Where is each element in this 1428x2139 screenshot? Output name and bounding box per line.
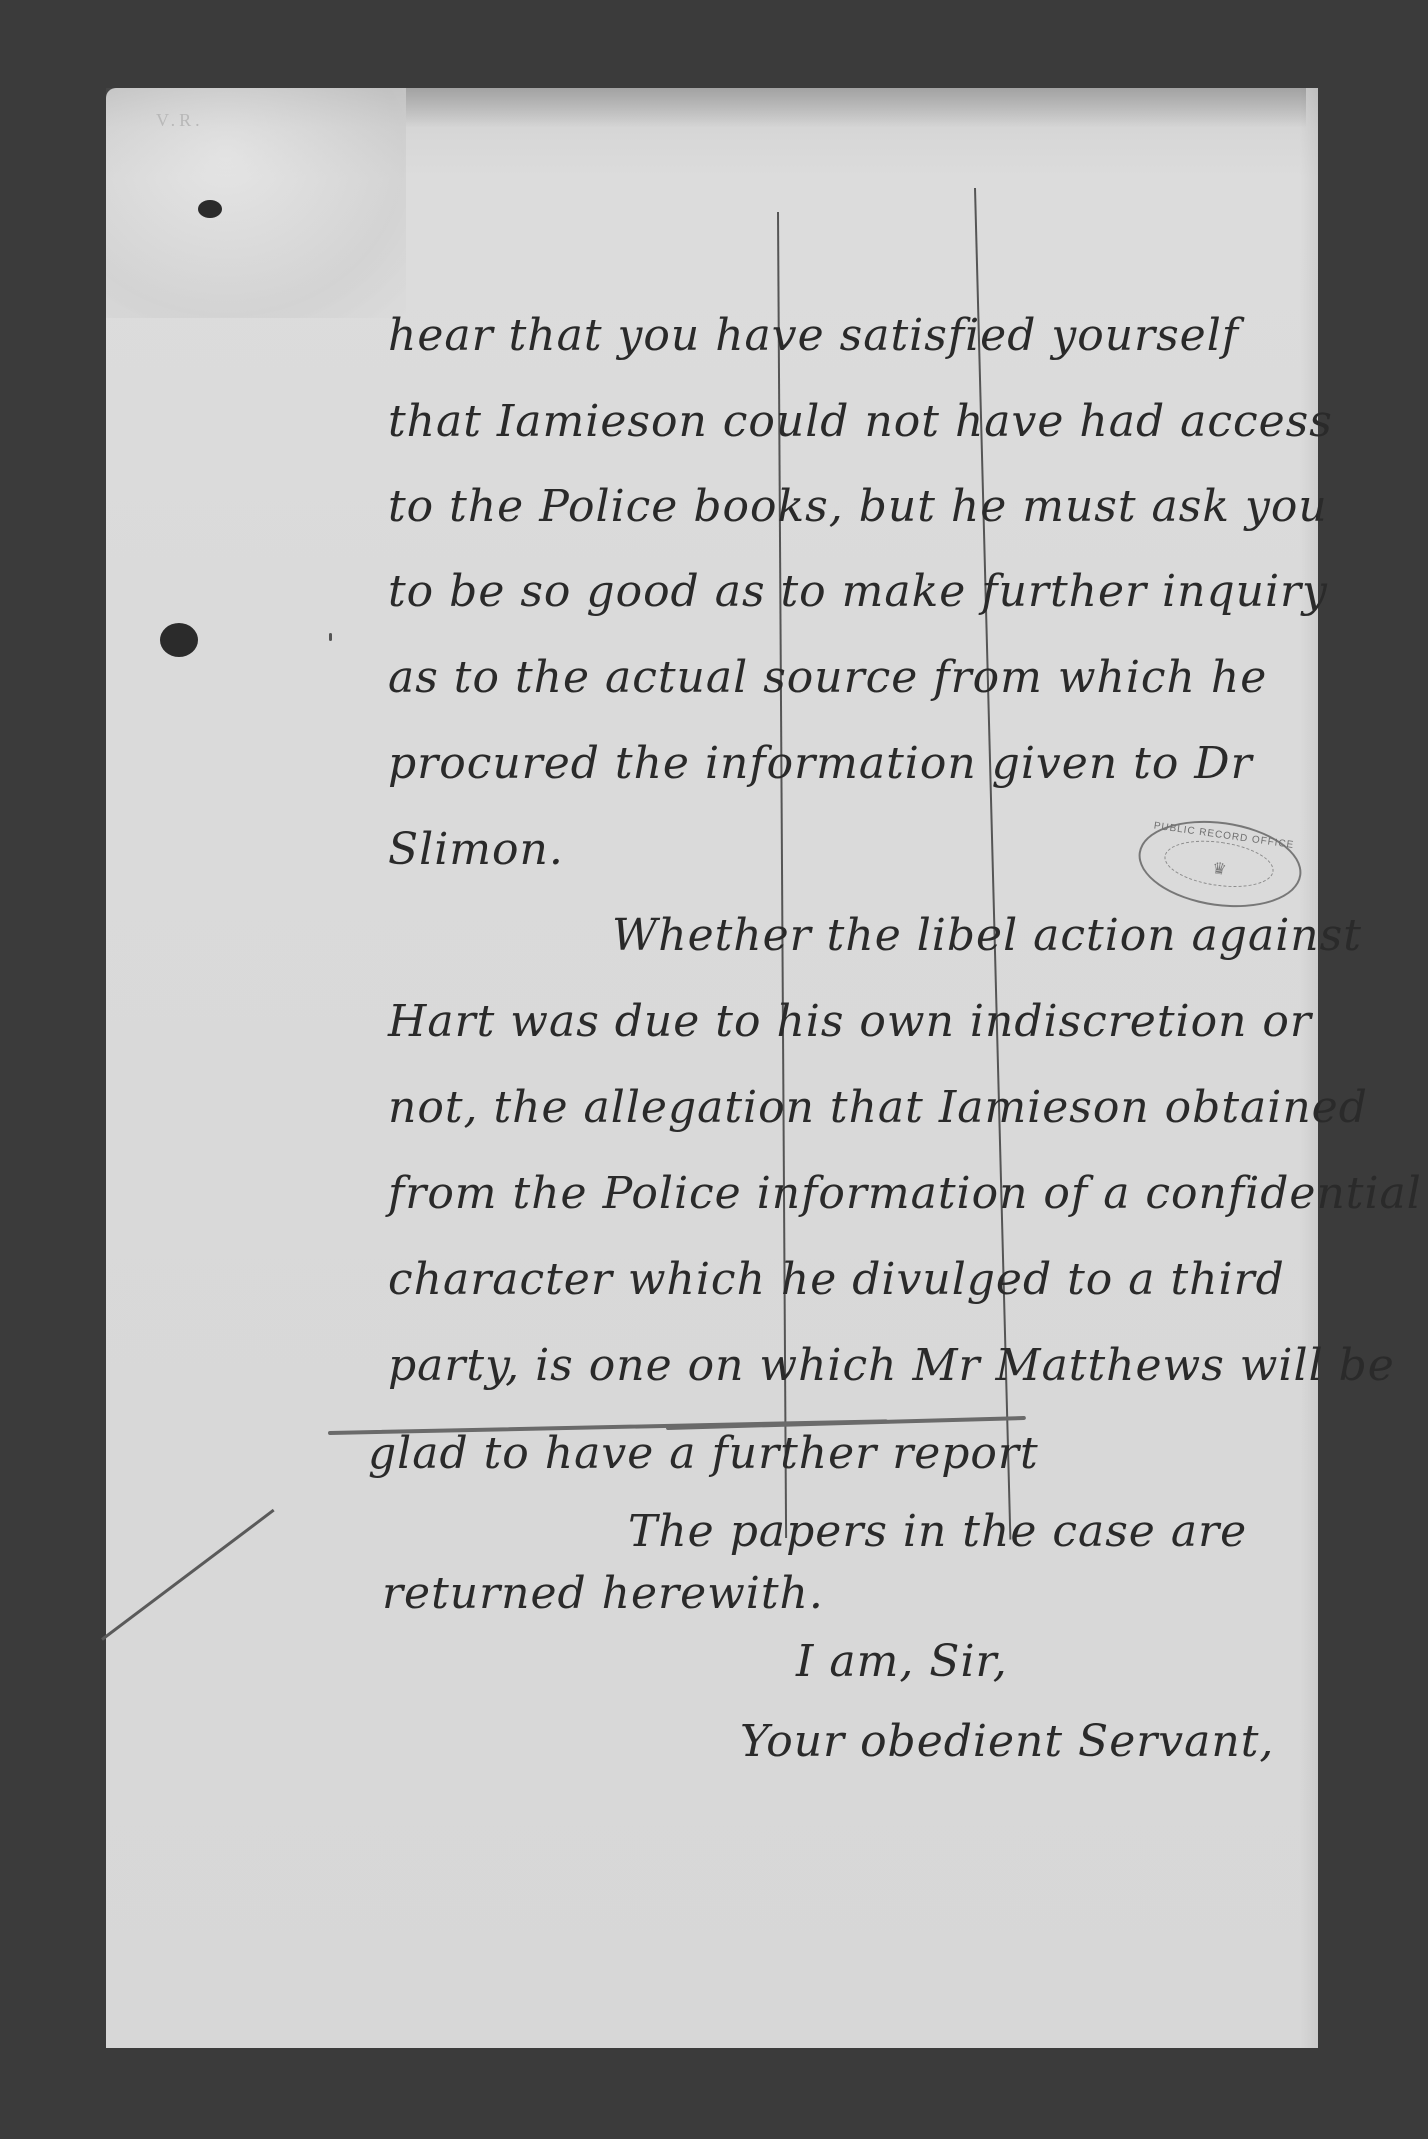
public-record-office-stamp: PUBLIC RECORD OFFICE ♛ — [1133, 811, 1307, 917]
text-line: Hart was due to his own indiscretion or — [388, 996, 1312, 1047]
text-line: glad to have a further report — [368, 1428, 1039, 1479]
punch-hole-middle — [160, 623, 198, 657]
embossed-mark: V.R. — [156, 110, 204, 131]
text-line: Whether the libel action against — [612, 910, 1362, 961]
text-line: I am, Sir, — [796, 1636, 1008, 1687]
text-line: procured the information given to Dr — [388, 738, 1253, 789]
crown-icon: ♛ — [1211, 859, 1228, 880]
text-line: Your obedient Servant, — [740, 1716, 1274, 1767]
ink-speck — [329, 633, 332, 641]
margin-slash-mark — [101, 1509, 275, 1641]
corner-crease — [106, 88, 406, 318]
text-line: hear that you have satisfied yourself — [388, 310, 1239, 361]
top-edge-discoloration — [406, 88, 1306, 128]
text-line: to the Police books, but he must ask you — [388, 481, 1328, 532]
text-line: character which he divulged to a third — [388, 1254, 1285, 1305]
text-line: from the Police information of a confide… — [388, 1168, 1422, 1219]
text-line: as to the actual source from which he — [388, 652, 1267, 703]
punch-hole-top — [198, 200, 222, 218]
text-line: to be so good as to make further inquiry — [388, 566, 1328, 617]
page-edge-shadow — [1300, 88, 1318, 2048]
text-line: not, the allegation that Iamieson obtain… — [388, 1082, 1368, 1133]
text-line: returned herewith. — [382, 1568, 824, 1619]
text-line: The papers in the case are — [628, 1506, 1247, 1557]
text-line: Slimon. — [388, 824, 564, 875]
text-line: that Iamieson could not have had access — [388, 396, 1333, 447]
text-line: party, is one on which Mr Matthews will … — [388, 1340, 1395, 1391]
pencil-vertical-line-right — [974, 188, 1011, 1540]
